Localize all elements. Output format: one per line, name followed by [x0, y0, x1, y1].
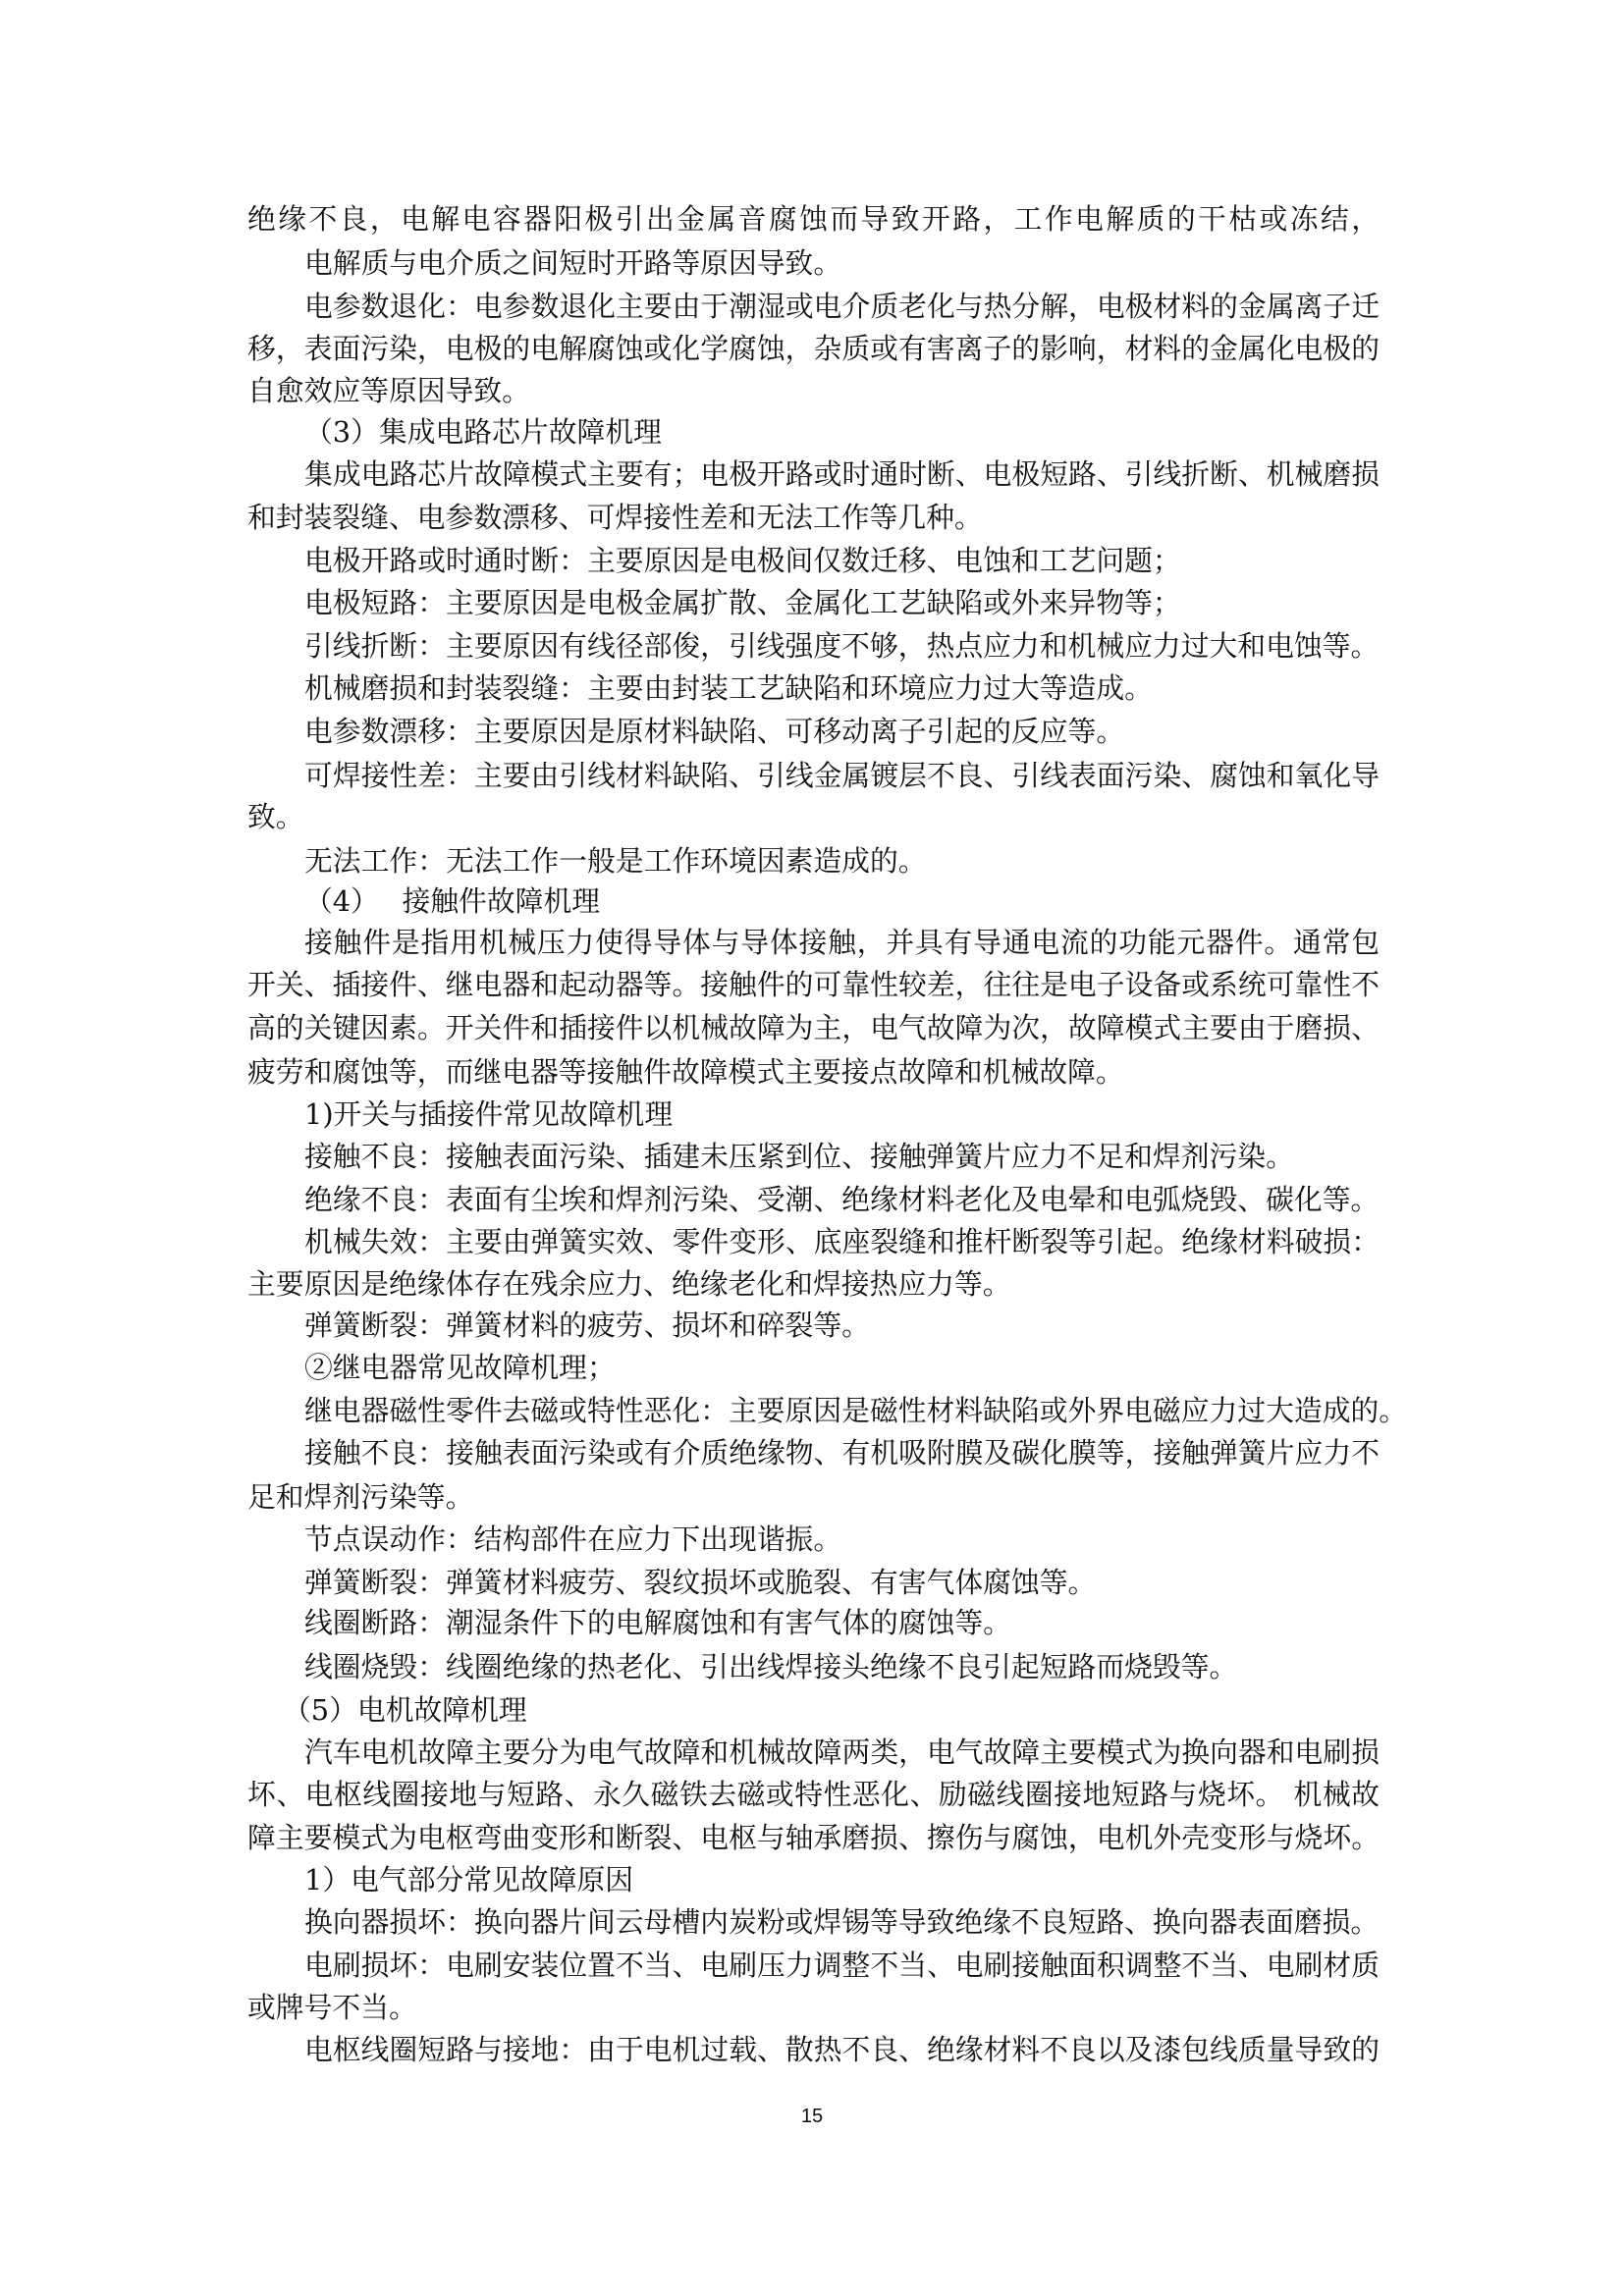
text-line: 线圈烧毁：线圈绝缘的热老化、引出线焊接头绝缘不良引起短路而烧毁等。 [304, 1645, 1237, 1688]
text-line: 弹簧断裂：弹簧材料的疲劳、损坏和碎裂等。 [304, 1304, 870, 1347]
text-line: 电极短路：主要原因是电极金属扩散、金属化工艺缺陷或外来异物等； [304, 581, 1181, 624]
text-line: 障主要模式为电枢弯曲变形和断裂、电枢与轴承磨损、擦伤与腐蚀，电机外壳变形与烧坏。 [247, 1816, 1380, 1859]
text-line: 电极开路或时通时断：主要原因是电极间仅数迁移、电蚀和工艺问题； [304, 539, 1181, 582]
text-line: 电枢线圈短路与接地：由于电机过载、散热不良、绝缘材料不良以及漆包线质量导致的 [304, 2028, 1380, 2071]
text-line: 可焊接性差：主要由引线材料缺陷、引线金属镀层不良、引线表面污染、腐蚀和氧化导 [304, 754, 1380, 797]
text-line: 开关、插接件、继电器和起动器等。接触件的可靠性较差，往往是电子设备或系统可靠性不 [247, 963, 1380, 1006]
text-line: 线圈断路：潮湿条件下的电解腐蚀和有害气体的腐蚀等。 [304, 1601, 1011, 1644]
text-line: 绝缘不良，电解电容器阳极引出金属音腐蚀而导致开路，工作电解质的干枯或冻结， [247, 197, 1380, 240]
subsection-heading: 1）电气部分常见故障原因 [304, 1858, 633, 1901]
text-line: 汽车电机故障主要分为电气故障和机械故障两类，电气故障主要模式为换向器和电刷损 [304, 1731, 1380, 1774]
text-line: 机械磨损和封装裂缝：主要由封装工艺缺陷和环境应力过大等造成。 [304, 667, 1153, 710]
section-heading: （4） 接触件故障机理 [304, 880, 600, 923]
text-line: 电参数漂移：主要原因是原材料缺陷、可移动离子引起的反应等。 [304, 710, 1124, 753]
text-line: 接触不良：接触表面污染或有介质绝缘物、有机吸附膜及碳化膜等，接触弹簧片应力不 [304, 1431, 1380, 1474]
text-line: 集成电路芯片故障模式主要有；电极开路或时通时断、电极短路、引线折断、机械磨损 [304, 453, 1380, 496]
text-line: 或牌号不当。 [247, 1986, 417, 2029]
text-line: 接触件是指用机械压力使得导体与导体接触，并具有导通电流的功能元器件。通常包括： [304, 921, 1380, 964]
text-line: 继电器磁性零件去磁或特性恶化：主要原因是磁性材料缺陷或外界电磁应力过大造成的。 [304, 1389, 1407, 1432]
subsection-heading: ②继电器常见故障机理； [304, 1346, 616, 1389]
page-number: 15 [0, 2103, 1624, 2130]
text-line: 电解质与电介质之间短时开路等原因导致。 [304, 241, 841, 285]
document-page: 绝缘不良，电解电容器阳极引出金属音腐蚀而导致开路，工作电解质的干枯或冻结， 电解… [0, 0, 1624, 2296]
text-line: 足和焊剂污染等。 [247, 1475, 473, 1519]
text-line: 致。 [247, 795, 304, 838]
text-line: 和封装裂缝、电参数漂移、可焊接性差和无法工作等几种。 [247, 496, 983, 539]
text-line: 移，表面污染，电极的电解腐蚀或化学腐蚀，杂质或有害离子的影响，材料的金属化电极的 [247, 327, 1380, 370]
text-line: 节点误动作：结构部件在应力下出现谐振。 [304, 1518, 841, 1561]
text-line: 自愈效应等原因导致。 [247, 369, 530, 412]
text-line: 电刷损坏：电刷安装位置不当、电刷压力调整不当、电刷接触面积调整不当、电刷材质 [304, 1944, 1380, 1987]
text-line: 接触不良：接触表面污染、插建未压紧到位、接触弹簧片应力不足和焊剂污染。 [304, 1135, 1294, 1178]
text-line: 弹簧断裂：弹簧材料疲劳、裂纹损坏或脆裂、有害气体腐蚀等。 [304, 1561, 1096, 1604]
text-line: 电参数退化：电参数退化主要由于潮湿或电介质老化与热分解，电极材料的金属离子迁 [304, 285, 1380, 328]
text-line: 主要原因是绝缘体存在残余应力、绝缘老化和焊接热应力等。 [247, 1262, 1011, 1306]
section-heading: （5）电机故障机理 [283, 1688, 527, 1732]
section-heading: （3）集成电路芯片故障机理 [304, 410, 662, 454]
text-line: 无法工作：无法工作一般是工作环境因素造成的。 [304, 839, 927, 882]
text-line: 疲劳和腐蚀等，而继电器等接触件故障模式主要接点故障和机械故障。 [247, 1050, 1124, 1094]
text-line: 绝缘不良：表面有尘埃和焊剂污染、受潮、绝缘材料老化及电晕和电弧烧毁、碳化等。 [304, 1178, 1379, 1221]
text-line: 引线折断：主要原因有线径部俊，引线强度不够，热点应力和机械应力过大和电蚀等。 [304, 624, 1379, 667]
text-line: 高的关键因素。开关件和插接件以机械故障为主，电气故障为次，故障模式主要由于磨损、 [247, 1006, 1380, 1049]
subsection-heading: 1)开关与插接件常见故障机理 [304, 1093, 673, 1136]
text-line: 坏、电枢线圈接地与短路、永久磁铁去磁或特性恶化、励磁线圈接地短路与烧坏。 机械故 [247, 1773, 1380, 1816]
text-line: 换向器损坏：换向器片间云母槽内炭粉或焊锡等导致绝缘不良短路、换向器表面磨损。 [304, 1900, 1379, 1944]
text-line: 机械失效：主要由弹簧实效、零件变形、底座裂缝和推杆断裂等引起。绝缘材料破损： [304, 1220, 1380, 1263]
